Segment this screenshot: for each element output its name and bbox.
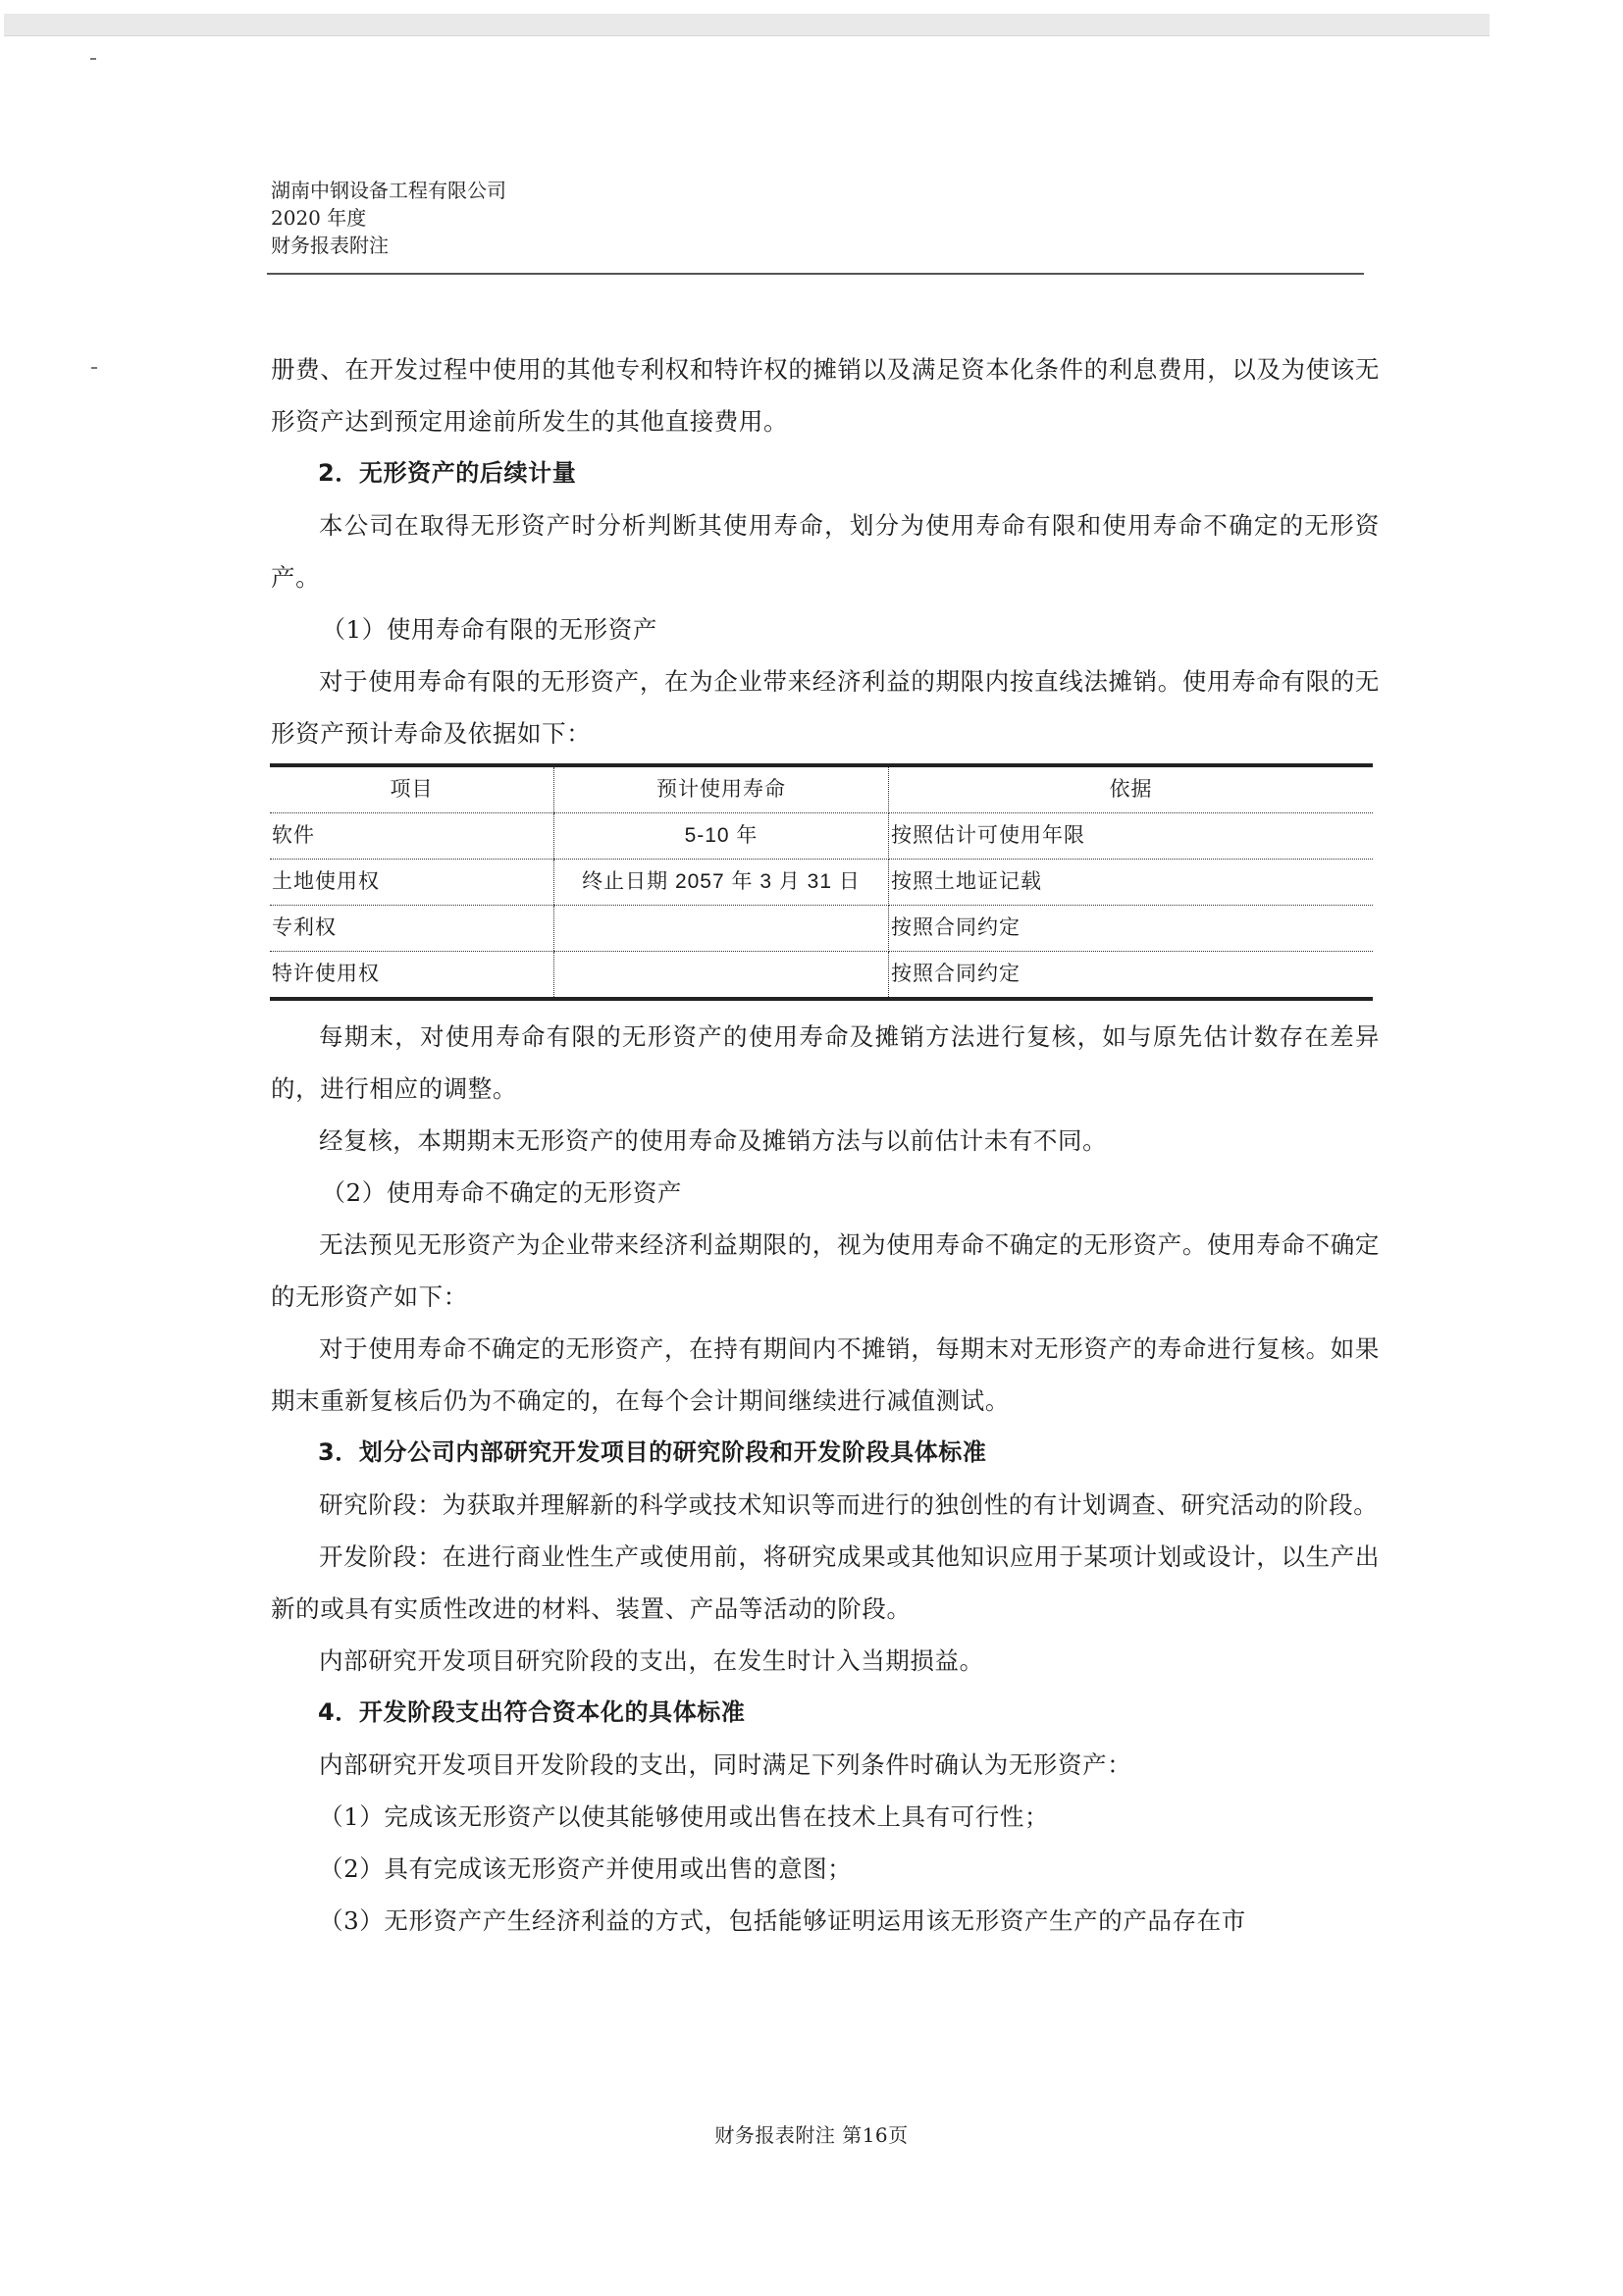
column-header-basis: 依据 (889, 765, 1374, 813)
cell-useful-life (554, 952, 889, 1000)
section-heading-4: 4．开发阶段支出符合资本化的具体标准 (271, 1687, 1380, 1739)
cell-item: 土地使用权 (270, 860, 554, 906)
condition-item-1: （1）完成该无形资产以使其能够使用或出售在技术上具有可行性； (271, 1791, 1380, 1843)
section-heading-3: 3．划分公司内部研究开发项目的研究阶段和开发阶段具体标准 (271, 1427, 1380, 1479)
page-header: 湖南中钢设备工程有限公司 2020 年度 财务报表附注 (271, 177, 506, 259)
cell-item: 专利权 (270, 906, 554, 952)
table-row: 土地使用权 终止日期 2057 年 3 月 31 日 按照土地证记载 (270, 860, 1373, 906)
column-header-item: 项目 (270, 765, 554, 813)
cell-useful-life: 终止日期 2057 年 3 月 31 日 (554, 860, 889, 906)
paragraph: 经复核，本期期末无形资产的使用寿命及摊销方法与以前估计未有不同。 (271, 1115, 1380, 1167)
paragraph-continuation: 册费、在开发过程中使用的其他专利权和特许权的摊销以及满足资本化条件的利息费用，以… (271, 343, 1380, 447)
paragraph: 对于使用寿命有限的无形资产，在为企业带来经济利益的期限内按直线法摊销。使用寿命有… (271, 655, 1380, 759)
paragraph: 无法预见无形资产为企业带来经济利益期限的，视为使用寿命不确定的无形资产。使用寿命… (271, 1219, 1380, 1323)
paragraph: 内部研究开发项目开发阶段的支出，同时满足下列条件时确认为无形资产： (271, 1739, 1380, 1791)
scan-artifact-mark (90, 58, 96, 60)
cell-basis: 按照合同约定 (889, 952, 1374, 1000)
useful-life-table: 项目 预计使用寿命 依据 软件 5-10 年 按照估计可使用年限 土地使用权 终… (270, 763, 1373, 1001)
cell-basis: 按照合同约定 (889, 906, 1374, 952)
scanner-edge-band (4, 14, 1490, 36)
cell-basis: 按照土地证记载 (889, 860, 1374, 906)
document-title: 财务报表附注 (271, 232, 506, 259)
document-body: 册费、在开发过程中使用的其他专利权和特许权的摊销以及满足资本化条件的利息费用，以… (271, 343, 1380, 1947)
cell-useful-life: 5-10 年 (554, 813, 889, 860)
condition-item-2: （2）具有完成该无形资产并使用或出售的意图； (271, 1843, 1380, 1895)
cell-useful-life (554, 906, 889, 952)
table-row: 特许使用权 按照合同约定 (270, 952, 1373, 1000)
paragraph: 研究阶段：为获取并理解新的科学或技术知识等而进行的独创性的有计划调查、研究活动的… (271, 1479, 1380, 1531)
cell-basis: 按照估计可使用年限 (889, 813, 1374, 860)
condition-item-3: （3）无形资产产生经济利益的方式，包括能够证明运用该无形资产生产的产品存在市 (271, 1895, 1380, 1947)
report-year: 2020 年度 (271, 204, 506, 232)
cell-item: 特许使用权 (270, 952, 554, 1000)
paragraph: 每期末，对使用寿命有限的无形资产的使用寿命及摊销方法进行复核，如与原先估计数存在… (271, 1011, 1380, 1115)
scan-artifact-mark (91, 367, 97, 369)
column-header-useful-life: 预计使用寿命 (554, 765, 889, 813)
header-divider (267, 273, 1364, 275)
cell-item: 软件 (270, 813, 554, 860)
subsection-heading-2: （2）使用寿命不确定的无形资产 (271, 1167, 1380, 1219)
paragraph: 内部研究开发项目研究阶段的支出，在发生时计入当期损益。 (271, 1635, 1380, 1687)
table-row: 专利权 按照合同约定 (270, 906, 1373, 952)
paragraph: 对于使用寿命不确定的无形资产，在持有期间内不摊销，每期末对无形资产的寿命进行复核… (271, 1323, 1380, 1427)
subsection-heading-1: （1）使用寿命有限的无形资产 (271, 603, 1380, 655)
section-heading-2: 2．无形资产的后续计量 (271, 447, 1380, 499)
paragraph: 本公司在取得无形资产时分析判断其使用寿命，划分为使用寿命有限和使用寿命不确定的无… (271, 499, 1380, 603)
page-footer: 财务报表附注 第16页 (0, 2119, 1623, 2148)
company-name: 湖南中钢设备工程有限公司 (271, 177, 506, 204)
table-row: 软件 5-10 年 按照估计可使用年限 (270, 813, 1373, 860)
table-header-row: 项目 预计使用寿命 依据 (270, 765, 1373, 813)
paragraph: 开发阶段：在进行商业性生产或使用前，将研究成果或其他知识应用于某项计划或设计，以… (271, 1531, 1380, 1635)
